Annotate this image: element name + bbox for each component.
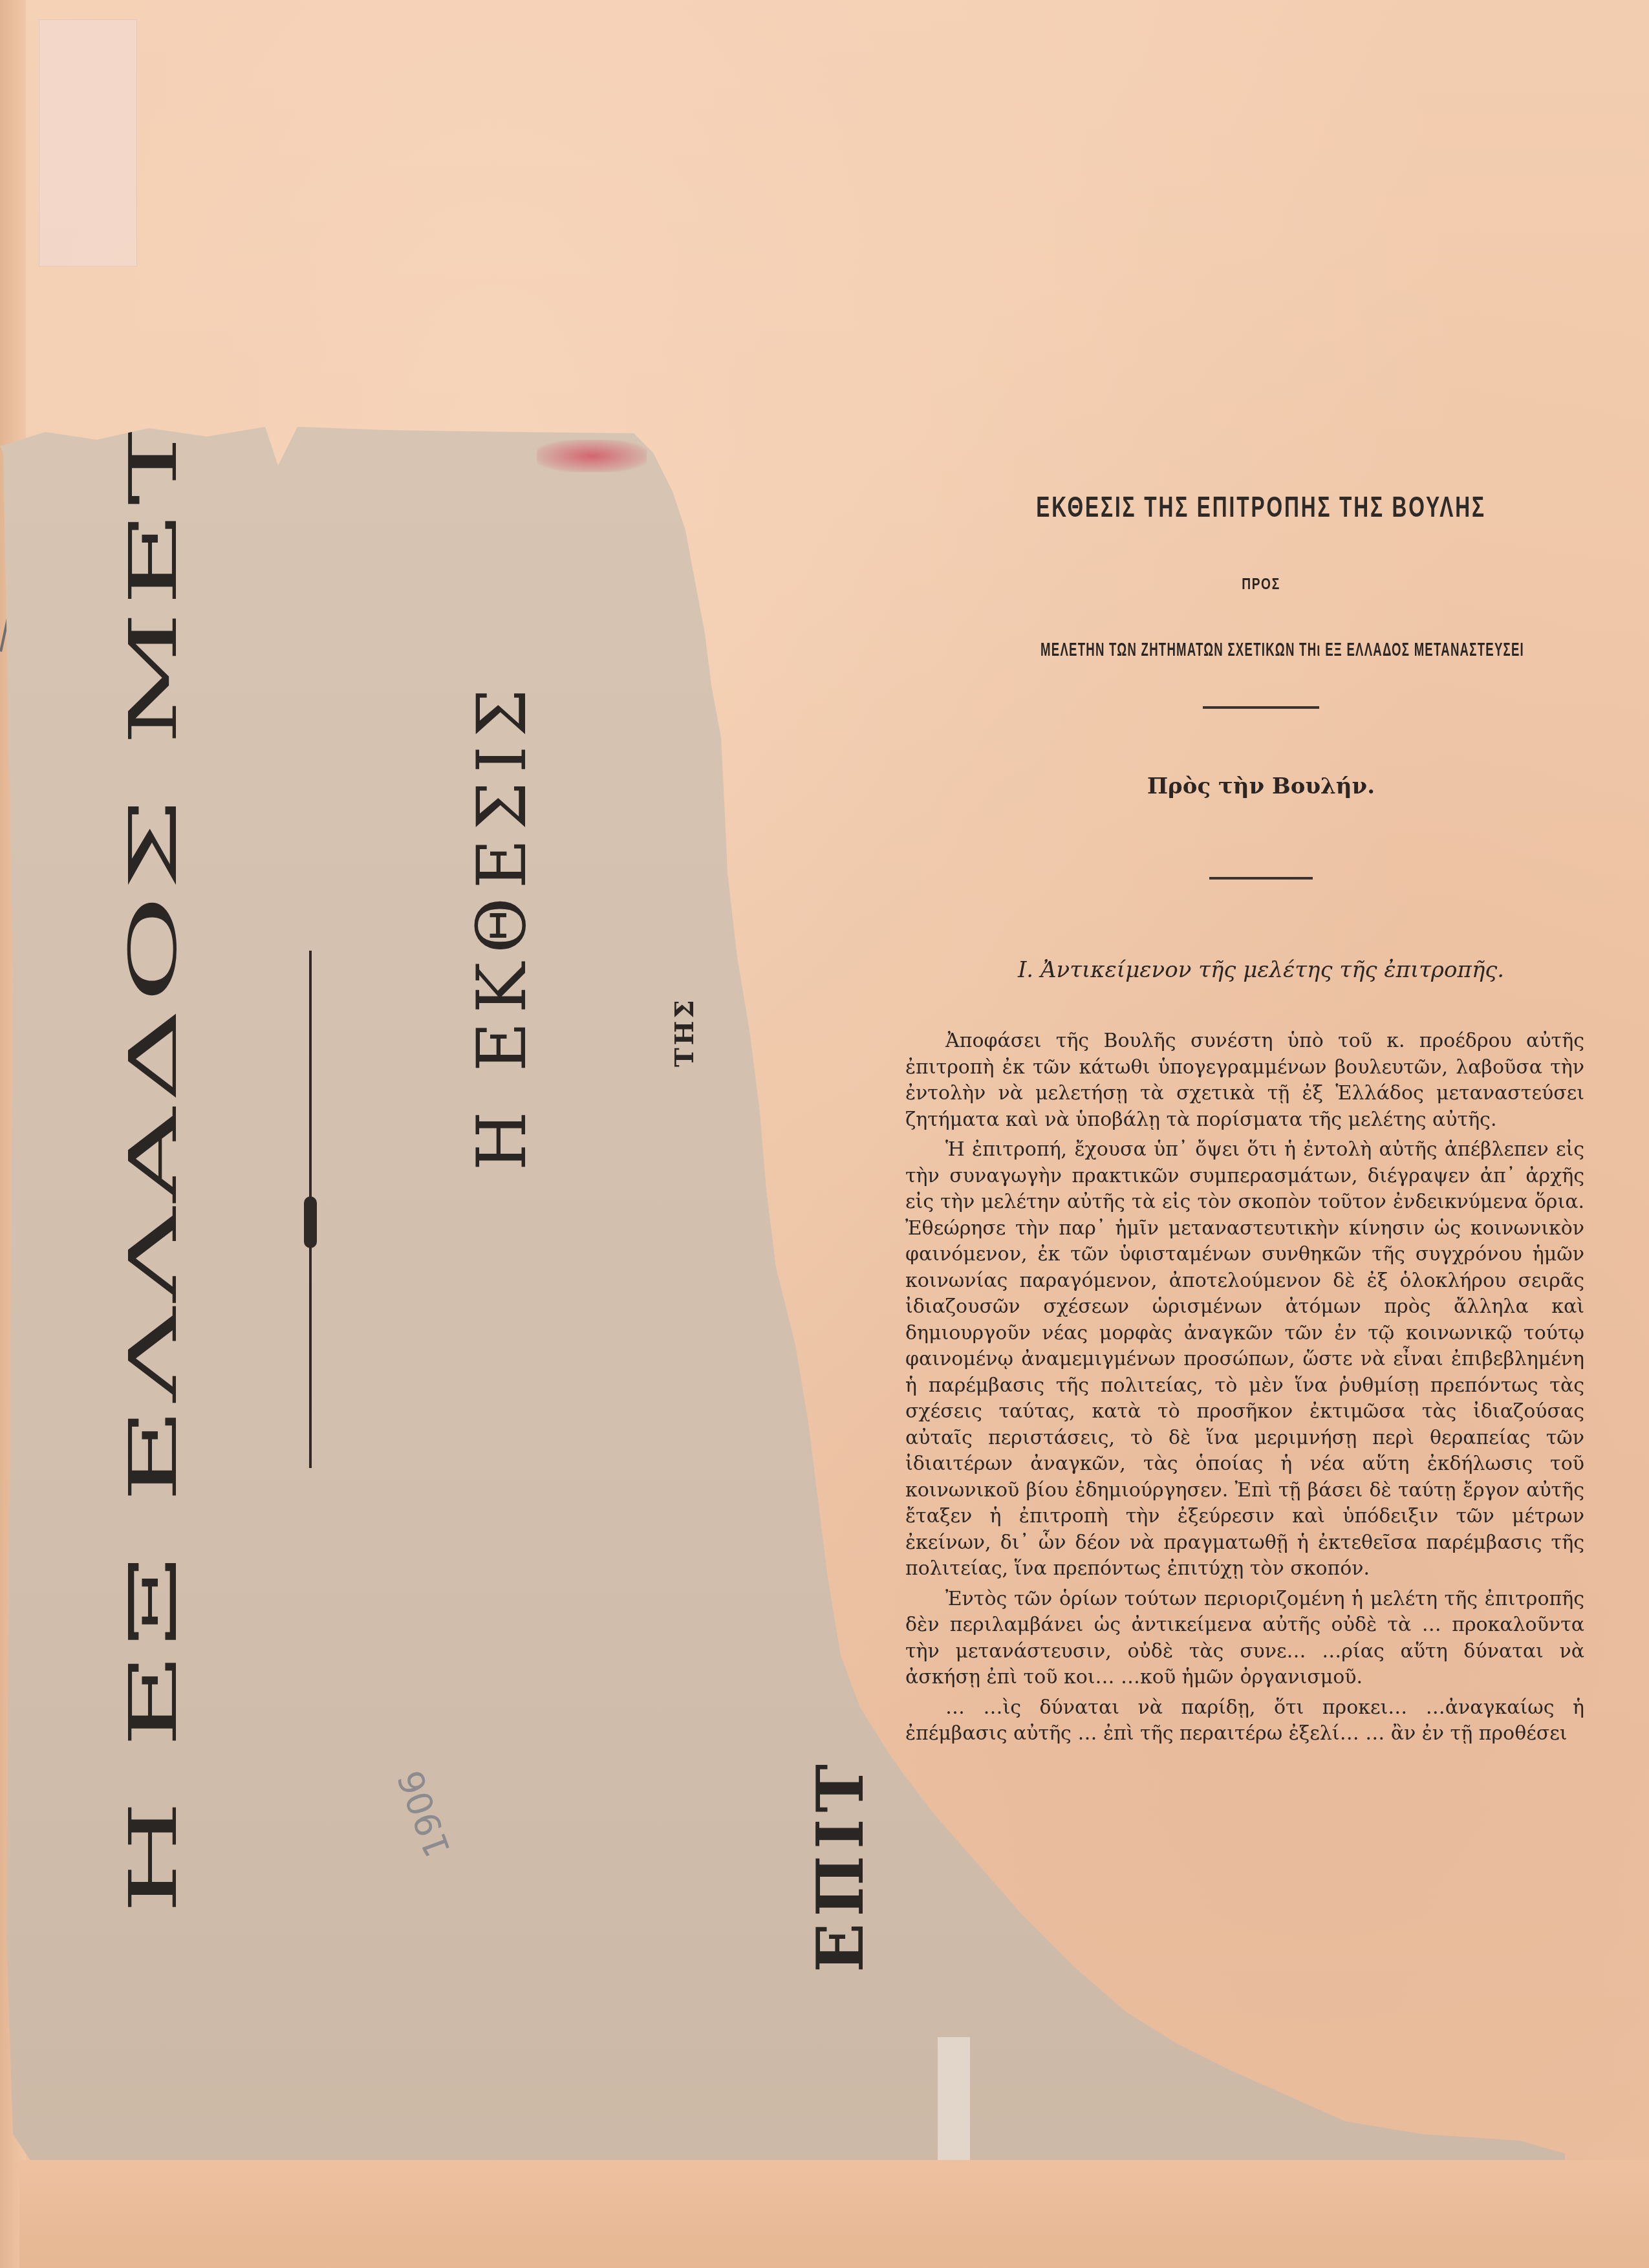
report-subtitle: ΜΕΛΕΤΗΝ ΤΩΝ ΖΗΤΗΜΑΤΩΝ ΣΧΕΤΙΚΩΝ ΤΗι ΕΞ ΕΛ… [1040, 639, 1482, 661]
cover-tis-label: ΤΗΣ [669, 997, 700, 1067]
red-stamp-mark [537, 440, 647, 472]
adhesive-tape [39, 19, 137, 266]
divider-rule [1203, 706, 1319, 709]
address-line: Πρὸς τὴν Βουλήν. [905, 773, 1617, 799]
paragraph: … …ὶς δύναται νὰ παρίδῃ, ὅτι προκει… …ἀν… [905, 1695, 1584, 1747]
cover-epitropis-partial: ΕΠΙΤ [802, 1758, 878, 1972]
paragraph: Ἡ ἐπιτροπή, ἔχουσα ὑπ᾽ ὄψει ὅτι ἡ ἐντολὴ… [905, 1137, 1584, 1582]
cover-ekthesis-title: Η ΕΚΘΕΣΙΣ [462, 680, 541, 1171]
report-body: Ἀποφάσει τῆς Βουλῆς συνέστη ὑπὸ τοῦ κ. π… [905, 1028, 1617, 1747]
report-text: ΕΚΘΕΣΙΣ ΤΗΣ ΕΠΙΤΡΟΠΗΣ ΤΗΣ ΒΟΥΛΗΣ ΠΡΟΣ ΜΕ… [905, 491, 1617, 1747]
section-heading: I. Ἀντικείμενον τῆς μελέτης τῆς ἐπιτροπῆ… [905, 957, 1617, 983]
adhesive-tape [938, 2037, 970, 2179]
paragraph: Ἀποφάσει τῆς Βουλῆς συνέστη ὑπὸ τοῦ κ. π… [905, 1028, 1584, 1133]
ornamental-divider [309, 951, 312, 1468]
report-title: ΕΚΘΕΣΙΣ ΤΗΣ ΕΠΙΤΡΟΠΗΣ ΤΗΣ ΒΟΥΛΗΣ [1005, 491, 1517, 524]
paragraph: Ἐντὸς τῶν ὁρίων τούτων περιοριζομένη ἡ μ… [905, 1586, 1584, 1691]
divider-rule [1209, 877, 1313, 880]
report-pros: ΠΡΟΣ [976, 576, 1546, 594]
pencil-year-annotation: 1906 [390, 1765, 458, 1863]
page-bottom-edge [19, 2160, 1649, 2268]
